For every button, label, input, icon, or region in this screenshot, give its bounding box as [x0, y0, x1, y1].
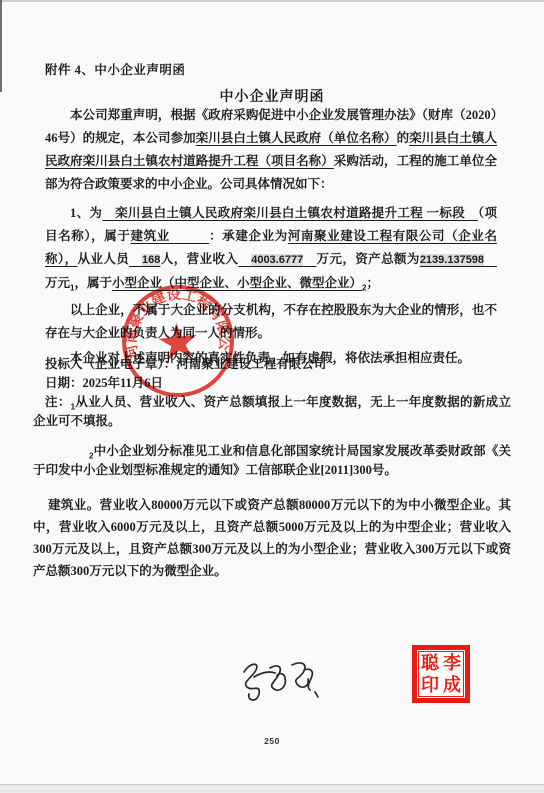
intro-connector: 的 [397, 131, 410, 145]
personal-seal-grid: 聪 李 印 成 [418, 651, 464, 697]
assets-field: 2139.137598 [420, 254, 484, 266]
note1-text: 从业人员、营业收入、资产总额填报上一年度数据，无上一年度数据的新成立企业可不填报… [33, 395, 511, 428]
intro-paragraph: 本公司郑重声明，根据《政府采购促进中小企业发展管理办法》（财库（2020）46号… [45, 104, 497, 196]
item1-text: ； [366, 276, 379, 290]
revenue-field: 4003.6777 [251, 254, 303, 266]
seal-char-bottom-right: 成 [441, 674, 463, 696]
signature-stroke [254, 672, 275, 677]
seal-char-top-right: 李 [441, 652, 463, 674]
item1-text: 万元，资产总额为 [317, 252, 420, 266]
signature-stroke [270, 666, 285, 690]
note2-text: 中小企业划分标准见工业和信息化部国家统计局国家发展改革委财政部《关于印发中小企业… [33, 444, 511, 477]
signature-stroke [292, 663, 308, 687]
underline-blank [465, 206, 478, 220]
personal-square-seal: 聪 李 印 成 [412, 645, 470, 703]
item1-lead: 1、为 [70, 206, 102, 220]
buyer-name-underlined: 栾川县白土镇人民政府（单位名称） [196, 131, 397, 145]
signature-stroke [315, 692, 318, 697]
note-label: 注： [45, 395, 71, 409]
employees-field: 168 [142, 254, 160, 266]
industry-underlined: 建筑业 [131, 229, 170, 243]
page-left-edge-artifact [0, 0, 2, 92]
item1-text: ：承建企业为 [209, 229, 288, 243]
signing-and-notes-block: 投标人（企业电子章）：河南聚业建设工程有限公司 日期：2025年11月6日 注：… [33, 352, 511, 582]
note3-paragraph: 建筑业。营业收入80000万元以下或资产总额80000万元以下的为中小微型企业。… [33, 494, 511, 582]
underline-blank [129, 252, 142, 266]
handwritten-signature [234, 650, 326, 712]
underline-blank [238, 252, 251, 266]
signature-stroke [244, 664, 259, 700]
declaration-document-page: 附件 4、中小企业声明函 中小企业声明函 本公司郑重声明，根据《政府采购促进中小… [0, 0, 544, 793]
item1-paragraph: 1、为 栾川县白土镇人民政府栾川县白土镇农村道路提升工程 一标段 （项目名称），… [45, 202, 497, 295]
underline-blank [102, 206, 115, 220]
note1-paragraph: 注：1从业人员、营业收入、资产总额填报上一年度数据，无上一年度数据的新成立企业可… [33, 393, 511, 431]
bidder-line: 投标人（企业电子章）：河南聚业建设工程有限公司 [33, 355, 511, 374]
seal-char-top-left: 聪 [419, 652, 441, 674]
item1-text: ，属于 [74, 276, 112, 290]
item1-project-underlined: 栾川县白土镇人民政府栾川县白土镇农村道路提升工程 一标段 [115, 206, 465, 220]
underline-blank [303, 252, 316, 266]
document-title: 中小企业声明函 [0, 86, 544, 106]
date-line: 日期：2025年11月6日 [33, 374, 511, 393]
item1-text: 万元 [45, 276, 70, 290]
seal-char-bottom-left: 印 [419, 674, 441, 696]
no-affiliation-paragraph: 以上企业，不属于大企业的分支机构，不存在控股股东为大企业的情形，也不存在与大企业… [45, 299, 497, 345]
note2-paragraph: 2中小企业划分标准见工业和信息化部国家统计局国家发展改革委财政部《关于印发中小企… [33, 442, 511, 480]
attachment-label: 附件 4、中小企业声明函 [45, 60, 185, 78]
page-bottom-edge [0, 784, 544, 793]
main-text-block: 本公司郑重声明，根据《政府采购促进中小企业发展管理办法》（财库（2020）46号… [45, 104, 497, 370]
underline-blank [170, 229, 209, 243]
item1-text: 人，营业收入 [160, 252, 238, 266]
page-number: 250 [0, 736, 544, 746]
underline-blank [484, 252, 497, 266]
enterprise-type-underlined: 小型企业（中型企业、小型企业、微型企业） [112, 276, 362, 290]
page-top-edge [0, 0, 544, 2]
item1-text: 从业人员 [77, 252, 129, 266]
